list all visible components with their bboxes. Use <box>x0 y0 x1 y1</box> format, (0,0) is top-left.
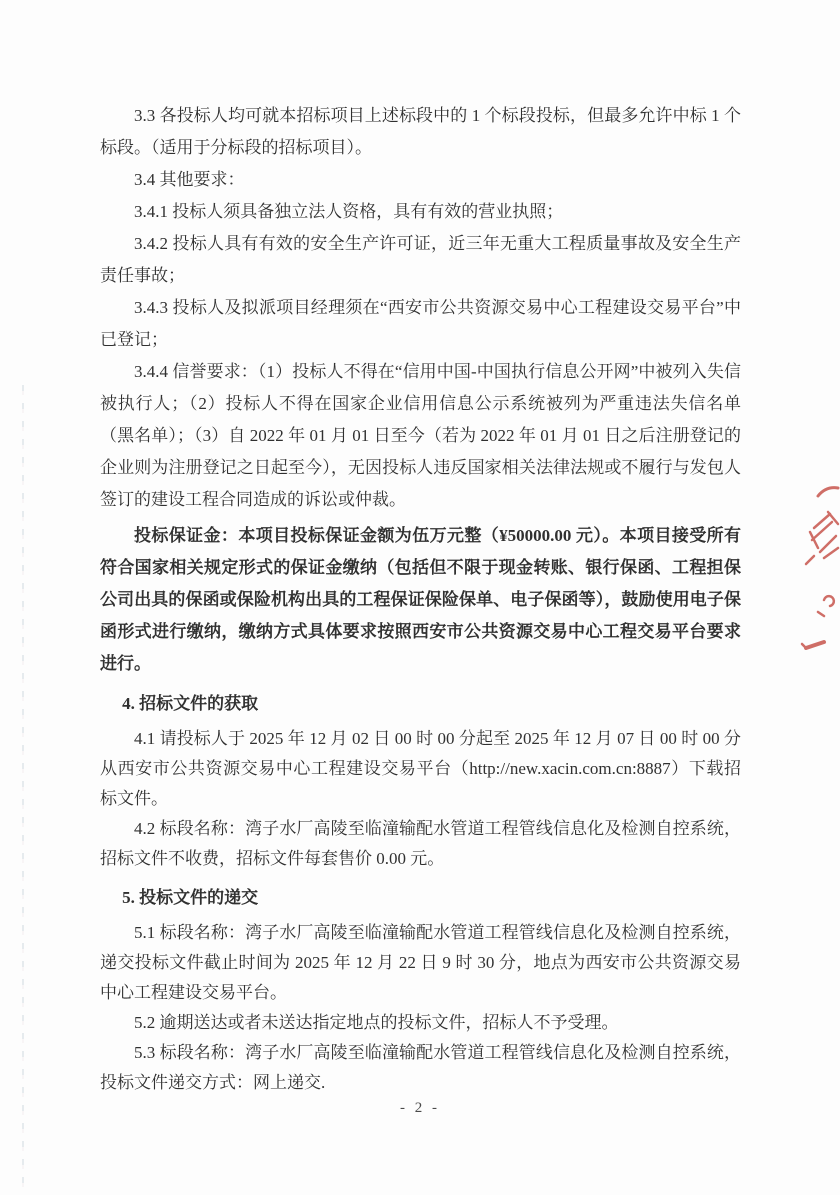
paragraph-clause-3-4-1: 3.4.1 投标人须具备独立法人资格，具有有效的营业执照； <box>100 196 741 228</box>
page-number: - 2 - <box>0 1100 840 1117</box>
paragraph-clause-3-4-2: 3.4.2 投标人具有有效的安全生产许可证，近三年无重大工程质量事故及安全生产责… <box>100 228 741 292</box>
paragraph-clause-5-1: 5.1 标段名称：湾子水厂高陵至临潼输配水管道工程管线信息化及检测自控系统，递交… <box>100 918 741 1008</box>
section-heading-4: 4. 招标文件的获取 <box>100 688 741 720</box>
document-body: 3.3 各投标人均可就本招标项目上述标段中的 1 个标段投标，但最多允许中标 1… <box>100 100 741 1098</box>
scan-artifact-line <box>22 385 24 1190</box>
paragraph-clause-4-1: 4.1 请投标人于 2025 年 12 月 02 日 00 时 00 分起至 2… <box>100 724 741 814</box>
red-seal-fragment-icon <box>780 470 840 680</box>
paragraph-clause-5-2: 5.2 逾期送达或者未送达指定地点的投标文件，招标人不予受理。 <box>100 1008 741 1038</box>
scanned-document-page: 3.3 各投标人均可就本招标项目上述标段中的 1 个标段投标，但最多允许中标 1… <box>0 0 840 1195</box>
paragraph-clause-3-4-4: 3.4.4 信誉要求：（1）投标人不得在“信用中国-中国执行信息公开网”中被列入… <box>100 356 741 516</box>
paragraph-clause-3-4-3: 3.4.3 投标人及拟派项目经理须在“西安市公共资源交易中心工程建设交易平台”中… <box>100 292 741 356</box>
paragraph-clause-3-3: 3.3 各投标人均可就本招标项目上述标段中的 1 个标段投标，但最多允许中标 1… <box>100 100 741 164</box>
paragraph-clause-4-2: 4.2 标段名称：湾子水厂高陵至临潼输配水管道工程管线信息化及检测自控系统，招标… <box>100 814 741 874</box>
paragraph-bid-deposit: 投标保证金：本项目投标保证金额为伍万元整（¥50000.00 元）。本项目接受所… <box>100 520 741 680</box>
paragraph-clause-3-4: 3.4 其他要求： <box>100 164 741 196</box>
section-heading-5: 5. 投标文件的递交 <box>100 882 741 914</box>
paragraph-clause-5-3: 5.3 标段名称：湾子水厂高陵至临潼输配水管道工程管线信息化及检测自控系统，投标… <box>100 1038 741 1098</box>
